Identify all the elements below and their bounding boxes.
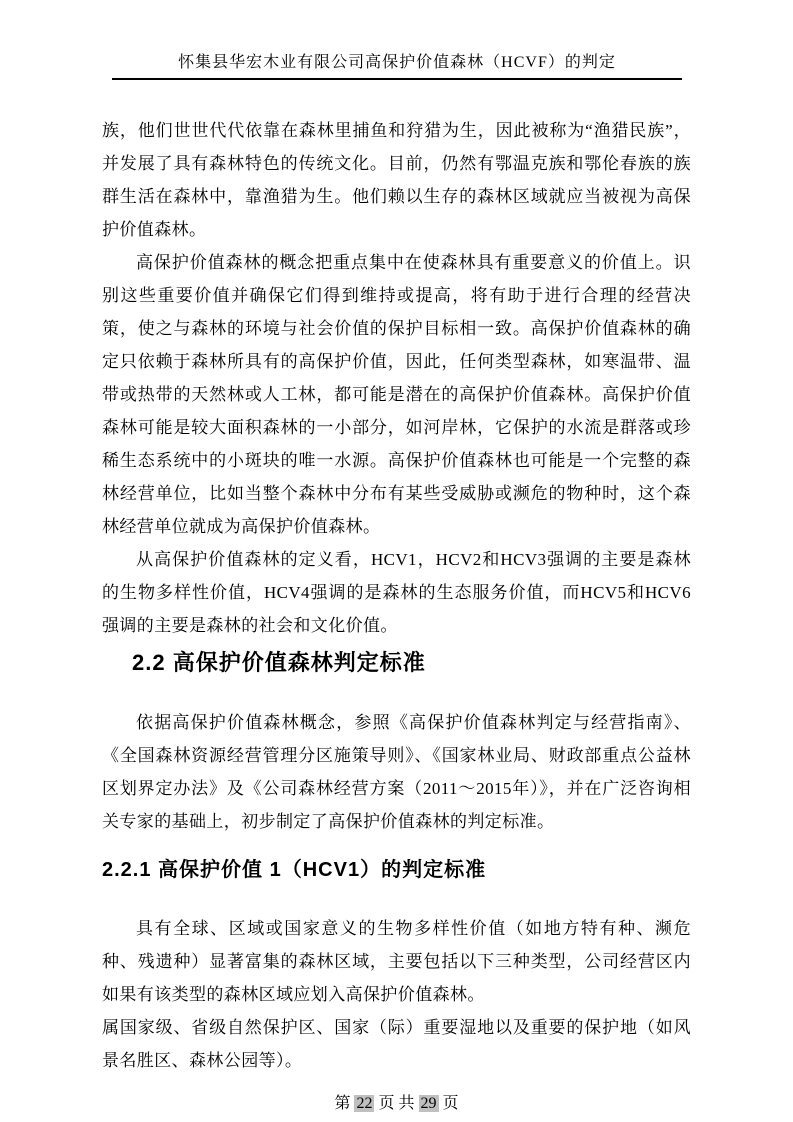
- body-paragraph-hcvf-concept: 高保护价值森林的概念把重点集中在使森林具有重要意义的价值上。识别这些重要价值并确…: [102, 246, 691, 543]
- footer-page-number: 22: [354, 1095, 374, 1112]
- section-heading-2-2: 2.2 高保护价值森林判定标准: [102, 648, 691, 678]
- document-body: 族，他们世世代代依靠在森林里捕鱼和狩猎为生，因此被称为“渔猎民族”，并发展了具有…: [102, 114, 691, 1077]
- body-paragraph-hcv1-description: 具有全球、区域或国家意义的生物多样性价值（如地方特有种、濒危种、残遗种）显著富集…: [102, 912, 691, 1011]
- footer-label-total-prefix: 共: [399, 1095, 415, 1112]
- footer-label-page-suffix: 页: [378, 1095, 394, 1112]
- footer-total-pages: 29: [419, 1095, 439, 1112]
- section-heading-2-2-1: 2.2.1 高保护价值 1（HCV1）的判定标准: [102, 856, 691, 884]
- body-paragraph-hcv-definition: 从高保护价值森林的定义看，HCV1，HCV2和HCV3强调的主要是森林的生物多样…: [102, 543, 691, 642]
- page-footer: 第22页共29页: [0, 1093, 793, 1115]
- body-paragraph-continued: 族，他们世世代代依靠在森林里捕鱼和狩猎为生，因此被称为“渔猎民族”，并发展了具有…: [102, 114, 691, 246]
- header-title: 怀集县华宏木业有限公司高保护价值森林（HCVF）的判定: [178, 54, 616, 71]
- body-paragraph-criteria-basis: 依据高保护价值森林概念，参照《高保护价值森林判定与经营指南》、《全国森林资源经营…: [102, 706, 691, 838]
- footer-label-page-prefix: 第: [334, 1095, 350, 1112]
- body-paragraph-protected-areas: 属国家级、省级自然保护区、国家（际）重要湿地以及重要的保护地（如风景名胜区、森林…: [102, 1011, 691, 1077]
- footer-label-total-suffix: 页: [443, 1095, 459, 1112]
- page-header: 怀集县华宏木业有限公司高保护价值森林（HCVF）的判定: [112, 52, 682, 80]
- document-page: 怀集县华宏木业有限公司高保护价值森林（HCVF）的判定 族，他们世世代代依靠在森…: [0, 0, 793, 1122]
